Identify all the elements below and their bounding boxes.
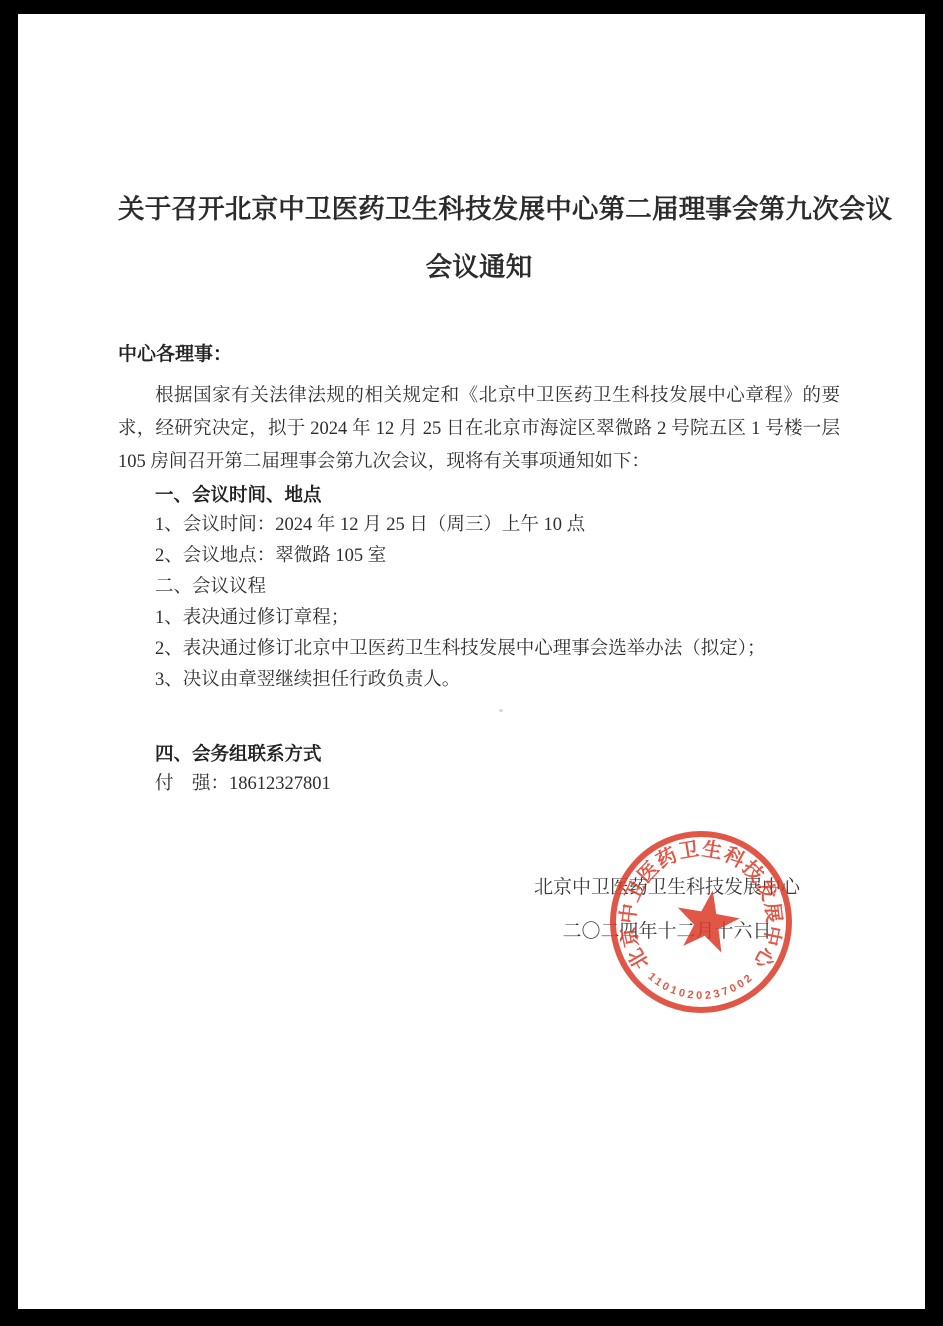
seal-code: 1101020237002 <box>645 971 756 1002</box>
intro-paragraph: 根据国家有关法律法规的相关规定和《北京中卫医药卫生科技发展中心章程》的要求，经研… <box>118 380 840 479</box>
section1-item-2: 2、会议地点：翠微路 105 室 <box>118 541 840 572</box>
salutation: 中心各理事： <box>118 338 840 371</box>
svg-text:1101020237002: 1101020237002 <box>645 971 756 1002</box>
document-title-line-1: 关于召开北京中卫医药卫生科技发展中心第二届理事会第九次会议 <box>118 180 840 238</box>
scanned-notice-page: { "document": { "title_line1": "关于召开北京中卫… <box>0 0 943 1326</box>
section2-item-2: 2、表决通过修订北京中卫医药卫生科技发展中心理事会选举办法（拟定）； <box>118 634 840 665</box>
document-title-line-2: 会议通知 <box>118 238 840 296</box>
seal-star-icon <box>671 885 743 955</box>
section1-heading: 一、会议时间、地点 <box>118 479 840 510</box>
document-title: 关于召开北京中卫医药卫生科技发展中心第二届理事会第九次会议 会议通知 <box>118 180 840 296</box>
section4-heading: 四、会务组联系方式 <box>118 738 840 769</box>
scan-speck <box>499 709 503 712</box>
contact-line: 付 强：18612327801 <box>118 769 840 800</box>
section2-item-3: 3、决议由章翌继续担任行政负责人。 <box>118 665 840 696</box>
section2-item-1: 1、表决通过修订章程； <box>118 603 840 634</box>
document-body: 关于召开北京中卫医药卫生科技发展中心第二届理事会第九次会议 会议通知 中心各理事… <box>118 0 840 800</box>
section1-item-1: 1、会议时间：2024 年 12 月 25 日（周三）上午 10 点 <box>118 510 840 541</box>
section2-heading: 二、会议议程 <box>118 572 840 603</box>
official-seal: 北京中卫医药卫生科技发展中心 1101020237002 <box>596 817 806 1027</box>
